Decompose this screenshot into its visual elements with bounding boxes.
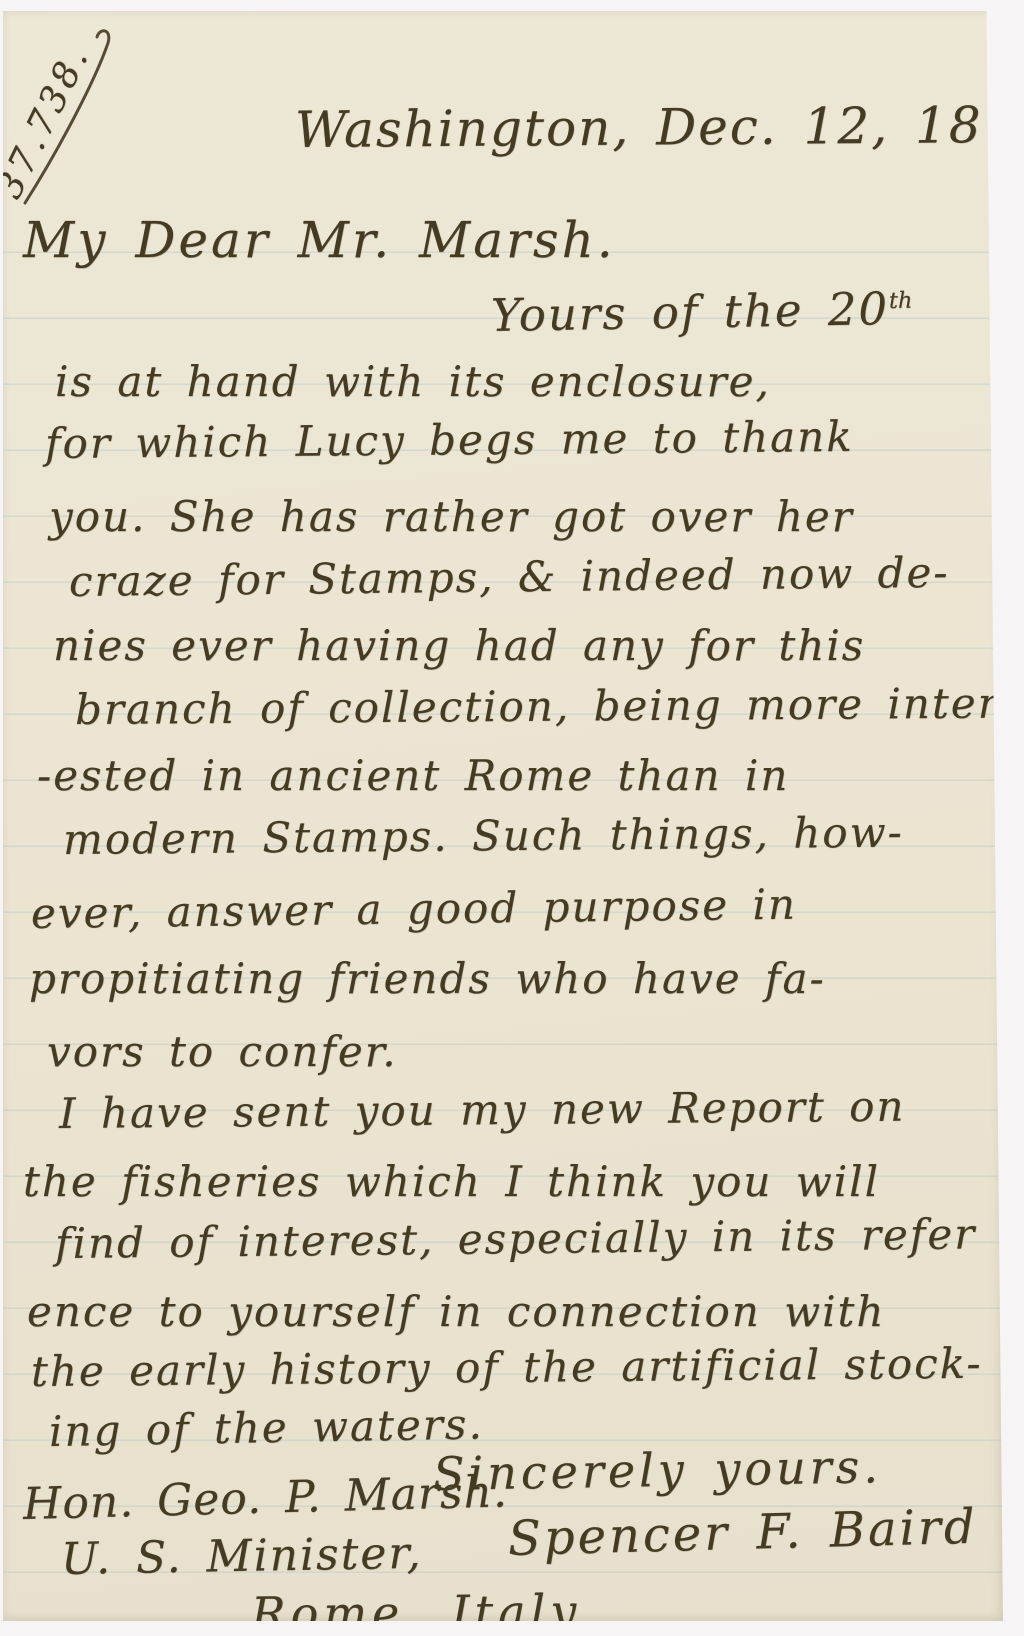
body-line: ing of the waters. xyxy=(49,1401,484,1455)
body-line: you. She has rather got over her xyxy=(49,494,854,540)
check-slash-mark xyxy=(3,21,173,231)
opening-text: Yours of the 20 xyxy=(491,282,890,342)
body-line-opening: Yours of the 20th xyxy=(491,284,913,341)
body-line: for which Lucy begs me to thank xyxy=(45,414,854,467)
body-line: vors to confer. xyxy=(47,1029,398,1075)
body-line: ever, answer a good purpose in xyxy=(31,882,798,938)
recipient-name: Hon. Geo. P. Marsh. xyxy=(22,1468,508,1529)
body-line: the fisheries which I think you will xyxy=(23,1159,880,1205)
recipient-place: Rome, Italy. xyxy=(251,1586,595,1621)
body-line: modern Stamps. Such things, how- xyxy=(63,810,904,864)
body-line: I have sent you my new Report on xyxy=(59,1084,906,1138)
body-line: branch of collection, being more inter xyxy=(75,681,1000,734)
body-line: ence to yourself in connection with xyxy=(27,1289,885,1335)
recipient-title: U. S. Minister, xyxy=(61,1530,423,1585)
body-line: -ested in ancient Rome than in xyxy=(37,753,789,799)
body-line: craze for Stamps, & indeed now de- xyxy=(69,550,950,605)
body-line: nies ever having had any for this xyxy=(53,623,865,669)
ordinal-superscript: th xyxy=(889,288,913,314)
letter-scan: 37.738. Washington, Dec. 12, 1874. My De… xyxy=(0,0,1024,1636)
dateline: Washington, Dec. 12, 1874. xyxy=(295,98,1003,158)
signature: Spencer F. Baird xyxy=(507,1501,978,1566)
letter-paper: 37.738. Washington, Dec. 12, 1874. My De… xyxy=(3,11,1003,1621)
body-line: is at hand with its enclosure, xyxy=(55,359,771,405)
body-line: propitiating friends who have fa- xyxy=(29,956,826,1002)
body-line: the early history of the artificial stoc… xyxy=(31,1341,983,1395)
body-line: find of interest, especially in its refe… xyxy=(55,1211,977,1267)
salutation: My Dear Mr. Marsh. xyxy=(23,213,616,268)
